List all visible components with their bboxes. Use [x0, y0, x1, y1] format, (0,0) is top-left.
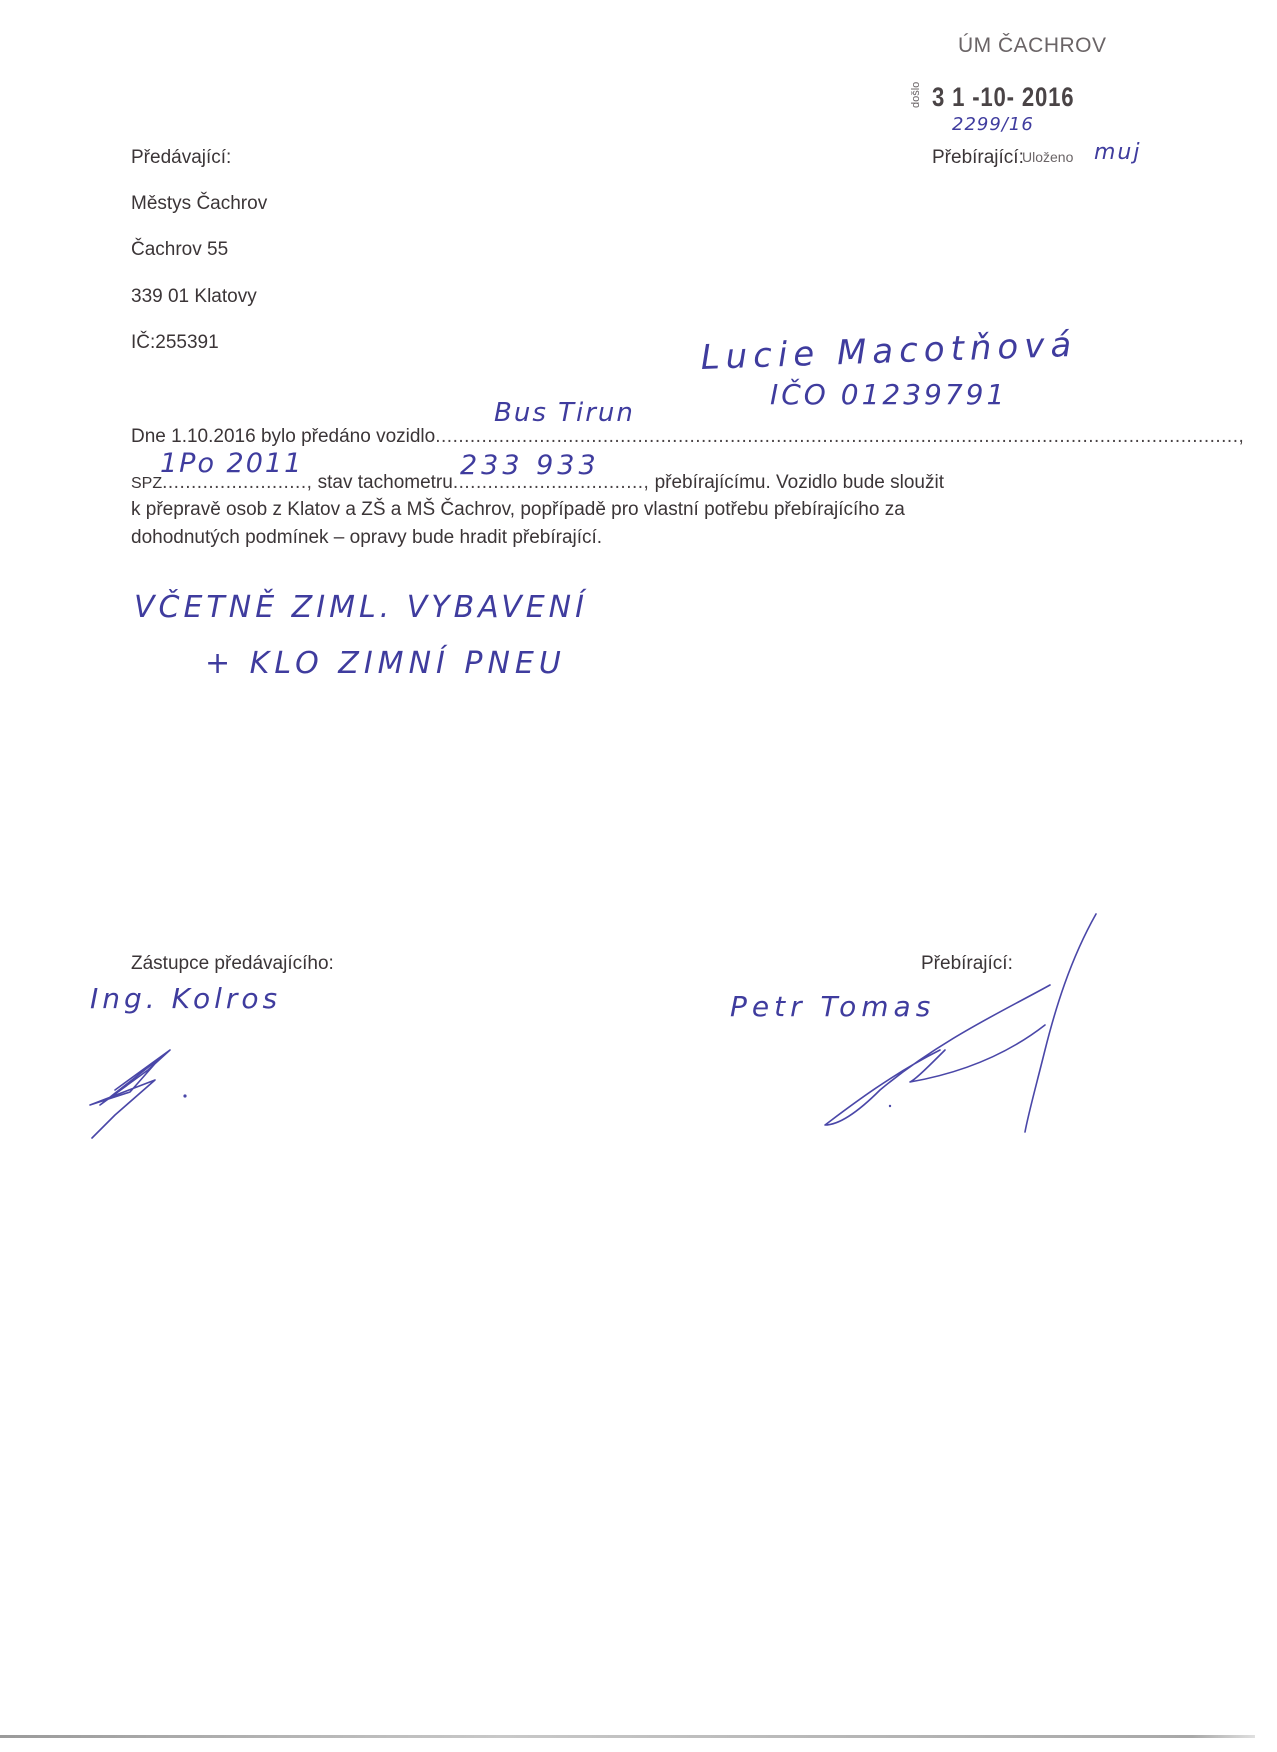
transferor-name: Městys Čachrov [131, 192, 267, 216]
handwritten-note-line-2: + KLO ZIMNÍ PNEU [205, 646, 566, 681]
stamp-stored-initials: muj [1094, 140, 1142, 165]
stamp-ref-number: 2299/16 [952, 114, 1034, 135]
transferor-rep-label: Zástupce předávajícího: [131, 952, 334, 976]
stamp-date: 3 1 -10- 2016 [932, 82, 1074, 113]
body-line-1: Dne 1.10.2016 bylo předáno vozidlo......… [131, 425, 1244, 449]
transferee-handwritten-name: Lucie Macotňová [700, 325, 1078, 378]
body-line-2: SPZ........................., stav tacho… [131, 471, 944, 496]
spz-label: SPZ [131, 475, 162, 492]
body-line-1-text: Dne 1.10.2016 bylo předáno vozidlo [131, 426, 435, 447]
stamp-office-name: ÚM ČACHROV [958, 34, 1107, 58]
transferor-city: 339 01 Klatovy [131, 285, 257, 309]
vehicle-fill-dots: ........................................… [435, 426, 1244, 447]
transferor-label: Předávající: [131, 146, 231, 170]
spz-fill-dots: ........................., [162, 472, 312, 493]
transferor-signature [60, 1020, 220, 1150]
transferee-handwritten-ico: IČO 01239791 [770, 378, 1007, 411]
stamp-stored-label: Uloženo [1022, 149, 1073, 165]
body-line-4: dohodnutých podmínek – opravy bude hradi… [131, 526, 602, 550]
transferee-signature [800, 900, 1120, 1140]
handwritten-note-line-1: VČETNĚ ZIML. VYBAVENÍ [134, 590, 588, 625]
transferee-label-top: Přebírající: [932, 146, 1024, 170]
body-line-2-text: přebírajícímu. Vozidlo bude sloužit [649, 472, 944, 493]
stamp-received-label: došlo [910, 82, 922, 108]
transferor-ic: IČ:255391 [131, 331, 219, 355]
tacho-fill-dots: ................................., [453, 472, 649, 493]
scan-edge-line [0, 1735, 1255, 1738]
transferor-rep-handwritten-name: Ing. Kolros [90, 982, 281, 1015]
vehicle-handwritten: Bus Tirun [494, 398, 635, 428]
transferor-street: Čachrov 55 [131, 238, 228, 262]
tacho-label: stav tachometru [312, 472, 452, 493]
body-line-3: k přepravě osob z Klatov a ZŠ a MŠ Čachr… [131, 498, 905, 522]
